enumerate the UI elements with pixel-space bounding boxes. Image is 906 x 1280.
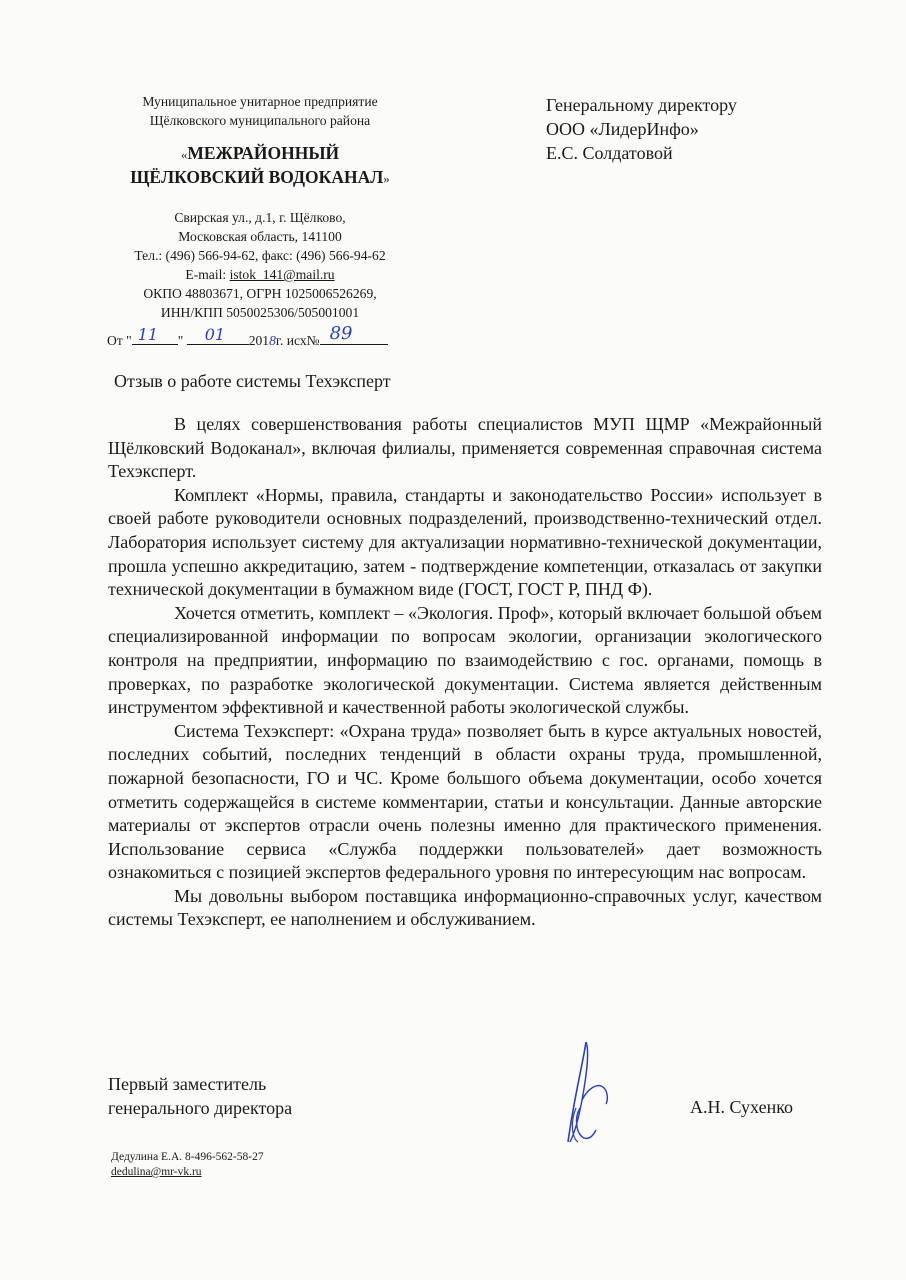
- paragraph: Мы довольны выбором поставщика информаци…: [108, 885, 822, 932]
- day-field: 11: [132, 330, 178, 345]
- phone-line: Тел.: (496) 566-94-62, факс: (496) 566-9…: [105, 246, 415, 265]
- org-name-line-2: ЩЁЛКОВСКИЙ ВОДОКАНАЛ: [130, 167, 383, 187]
- paragraph: В целях совершенствования работы специал…: [108, 413, 822, 484]
- org-contacts: Свирская ул., д.1, г. Щёлково, Московска…: [105, 208, 415, 322]
- outgoing-number-field: 89: [320, 330, 388, 345]
- org-email-link[interactable]: istok_141@mail.ru: [230, 267, 335, 282]
- org-line-2: Щёлковского муниципального района: [105, 111, 415, 130]
- executor-contact: Дедулина Е.А. 8-496-562-58-27: [111, 1150, 264, 1165]
- recipient-line-3: Е.С. Солдатовой: [546, 141, 737, 165]
- email-label: E-mail:: [185, 267, 229, 282]
- date-quote: ": [178, 333, 184, 348]
- year-suffix: г. исх№: [276, 333, 320, 348]
- email-line: E-mail: istok_141@mail.ru: [105, 265, 415, 284]
- codes-line-2: ИНН/КПП 5050025306/505001001: [105, 303, 415, 322]
- paragraph: Система Техэксперт: «Охрана труда» позво…: [108, 720, 822, 885]
- codes-line-1: ОКПО 48803671, ОГРН 1025006526269,: [105, 284, 415, 303]
- handwritten-signature-icon: [556, 1038, 626, 1148]
- executor-email-link[interactable]: dedulina@mr-vk.ru: [111, 1165, 264, 1180]
- org-name-line-1: МЕЖРАЙОННЫЙ: [187, 143, 339, 163]
- executor-contacts: Дедулина Е.А. 8-496-562-58-27 dedulina@m…: [111, 1150, 264, 1180]
- month-field: 01: [187, 330, 249, 345]
- date-line: От "11" 012018г. исх№89: [107, 330, 388, 349]
- paragraph: Хочется отметить, комплект – «Экология. …: [108, 602, 822, 720]
- date-prefix: От ": [107, 333, 132, 348]
- handwritten-day: 11: [138, 325, 158, 344]
- close-quote: »: [383, 171, 390, 186]
- year-prefix: 201: [249, 333, 269, 348]
- letterhead: Муниципальное унитарное предприятие Щёлк…: [105, 92, 415, 322]
- address-line-1: Свирская ул., д.1, г. Щёлково,: [105, 208, 415, 227]
- recipient-line-2: ООО «ЛидерИнфо»: [546, 117, 737, 141]
- handwritten-month: 01: [205, 325, 225, 344]
- signatory-title: Первый заместитель генерального директор…: [108, 1073, 292, 1120]
- recipient-block: Генеральному директору ООО «ЛидерИнфо» Е…: [546, 93, 737, 165]
- org-name: «МЕЖРАЙОННЫЙ ЩЁЛКОВСКИЙ ВОДОКАНАЛ»: [105, 142, 415, 190]
- letter-body: В целях совершенствования работы специал…: [108, 413, 822, 932]
- address-line-2: Московская область, 141100: [105, 227, 415, 246]
- paragraph: Комплект «Нормы, правила, стандарты и за…: [108, 484, 822, 602]
- signatory-title-line-1: Первый заместитель: [108, 1073, 292, 1097]
- signatory-title-line-2: генерального директора: [108, 1097, 292, 1121]
- signatory-name: А.Н. Сухенко: [690, 1097, 793, 1118]
- handwritten-outgoing-number: 89: [330, 323, 353, 344]
- handwritten-year-digit: 8: [269, 333, 276, 348]
- org-line-1: Муниципальное унитарное предприятие: [105, 92, 415, 111]
- recipient-line-1: Генеральному директору: [546, 93, 737, 117]
- letter-subject: Отзыв о работе системы Техэксперт: [114, 371, 391, 392]
